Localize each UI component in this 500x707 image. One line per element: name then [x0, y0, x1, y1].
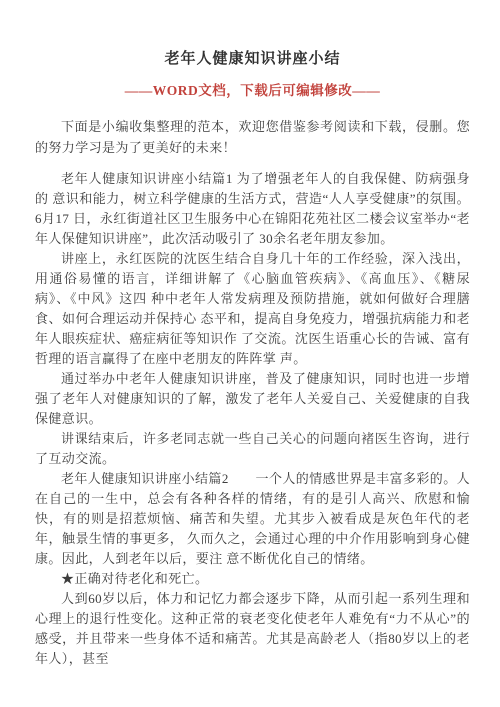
document-page: 老年人健康知识讲座小结 ——WORD文档，下载后可编辑修改—— 下面是小编收集整… [0, 0, 500, 707]
document-title: 老年人健康知识讲座小结 [35, 48, 470, 70]
paragraph-qa-exchange: 讲课结束后，许多老同志就一些自己关心的问题向褚医生咨询，进行了互动交流。 [35, 429, 470, 469]
paragraph-summary: 通过举办中老年人健康知识讲座，普及了健康知识，同时也进一步增强了老年人对健康知识… [35, 369, 470, 429]
paragraph-star-heading: ★正确对待老化和死亡。 [35, 569, 470, 589]
paragraph-aging: 人到60岁以后，体力和记忆力都会逐步下降，从而引起一系列生理和心理上的退行性变化… [35, 589, 470, 669]
intro-paragraph: 下面是小编收集整理的范本，欢迎您借鉴参考阅读和下载，侵删。您的努力学习是为了更美… [35, 116, 470, 158]
paragraph-lecture-detail: 讲座上，永红医院的沈医生结合自身几十年的工作经验，深入浅出，用通俗易懂的语言，详… [35, 249, 470, 369]
paragraph-section-2: 老年人健康知识讲座小结篇2 一个人的情感世界是丰富多彩的。人在自己的一生中，总会… [35, 469, 470, 569]
document-body: 下面是小编收集整理的范本，欢迎您借鉴参考阅读和下载，侵删。您的努力学习是为了更美… [35, 116, 470, 669]
paragraph-section-1: 老年人健康知识讲座小结篇1 为了增强老年人的自我保健、防病强身的 意识和能力，树… [35, 169, 470, 249]
document-subtitle: ——WORD文档，下载后可编辑修改—— [35, 81, 470, 101]
